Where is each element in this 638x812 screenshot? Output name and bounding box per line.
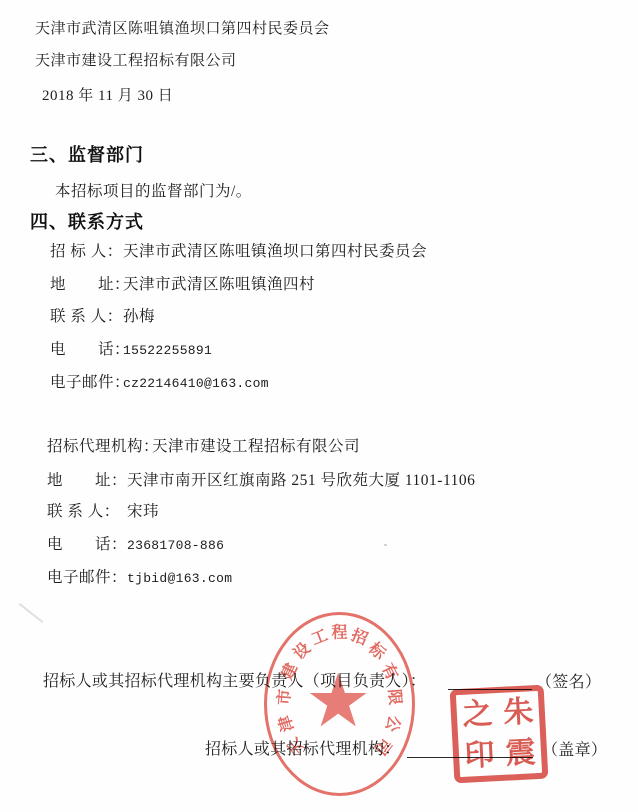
round-company-seal: 天津市建设工程招标有限公司 ★ <box>264 612 415 796</box>
round-seal-arc-char: 津 <box>272 713 299 735</box>
round-seal-arc-char: 限 <box>384 688 408 706</box>
star-icon: ★ <box>305 664 371 738</box>
seal-char: 印 <box>464 740 496 772</box>
agency-row-person: 联 系 人： 宋玮 <box>47 502 120 522</box>
round-seal-arc-char: 程 <box>331 620 347 643</box>
field-label: 招 标 人： <box>50 242 123 262</box>
section-contact-heading: 四、联系方式 <box>30 208 144 234</box>
closing-date-line: 2018 年 11 月 30 日 <box>42 84 173 105</box>
round-seal-arc-char: 有 <box>377 659 405 683</box>
field-value: 天津市武清区陈咀镇渔四村 <box>123 275 315 295</box>
field-label: 电子邮件： <box>47 568 127 588</box>
agency-row-email: 电子邮件： tjbid@163.com <box>47 568 127 588</box>
closing-tenderer-line: 天津市武清区陈咀镇渔坝口第四村民委员会 <box>35 17 330 38</box>
field-label: 电子邮件： <box>50 373 130 393</box>
round-seal-arc-char: 市 <box>271 688 295 706</box>
field-label: 联 系 人： <box>47 502 120 522</box>
contact-row-person: 联 系 人： 孙梅 <box>50 307 123 327</box>
agency-row-phone: 电 话： 23681708-886 <box>47 535 127 555</box>
seal-char: 震 <box>505 738 537 770</box>
document-page: 天津市武清区陈咀镇渔坝口第四村民委员会 天津市建设工程招标有限公司 2018 年… <box>0 0 638 812</box>
field-label: 招标代理机构： <box>47 437 159 457</box>
field-label: 联 系 人： <box>50 307 123 327</box>
field-value: cz22146410@163.com <box>123 374 269 394</box>
round-seal-arc-char: 招 <box>349 622 372 649</box>
field-value: 孙梅 <box>123 307 155 327</box>
contact-row-tenderer: 招 标 人： 天津市武清区陈咀镇渔坝口第四村民委员会 <box>50 242 123 262</box>
field-value: 天津市南开区红旗南路 251 号欣苑大厦 1101-1106 <box>127 471 475 491</box>
scan-scratch <box>19 603 44 623</box>
field-value: 23681708-886 <box>127 536 224 556</box>
contact-row-phone: 电 话： 15522255891 <box>50 340 130 360</box>
field-label: 地 址： <box>47 471 127 491</box>
round-seal-arc-char: 建 <box>274 659 302 683</box>
field-label: 地 址： <box>50 275 130 295</box>
field-label: 电 话： <box>50 340 130 360</box>
agency-row-address: 地 址： 天津市南开区红旗南路 251 号欣苑大厦 1101-1106 <box>47 471 127 491</box>
field-value: 15522255891 <box>123 341 212 361</box>
field-label: 电 话： <box>47 535 127 555</box>
field-value: tjbid@163.com <box>127 569 232 589</box>
seal-char: 朱 <box>503 697 535 729</box>
agency-row-name: 招标代理机构： 天津市建设工程招标有限公司 <box>47 437 159 457</box>
round-seal-arc-char: 工 <box>307 622 330 649</box>
signature-line1-suffix: （签名） <box>536 669 601 692</box>
scan-speck <box>384 544 387 546</box>
section-supervision-body: 本招标项目的监督部门为/。 <box>55 179 252 201</box>
closing-agency-line: 天津市建设工程招标有限公司 <box>35 49 237 70</box>
contact-row-email: 电子邮件： cz22146410@163.com <box>50 373 130 393</box>
round-seal-arc-char: 公 <box>381 713 408 735</box>
round-seal-arc-char: 司 <box>370 734 398 761</box>
field-value: 天津市建设工程招标有限公司 <box>152 437 360 457</box>
square-name-seal: 之 朱 印 震 <box>450 685 549 784</box>
field-value: 宋玮 <box>127 502 159 522</box>
seal-char: 之 <box>462 699 494 731</box>
signature-line2-suffix: （盖章） <box>542 737 607 760</box>
section-supervision-heading: 三、监督部门 <box>30 141 144 167</box>
contact-row-address: 地 址： 天津市武清区陈咀镇渔四村 <box>50 275 130 295</box>
field-value: 天津市武清区陈咀镇渔坝口第四村民委员会 <box>123 242 427 262</box>
